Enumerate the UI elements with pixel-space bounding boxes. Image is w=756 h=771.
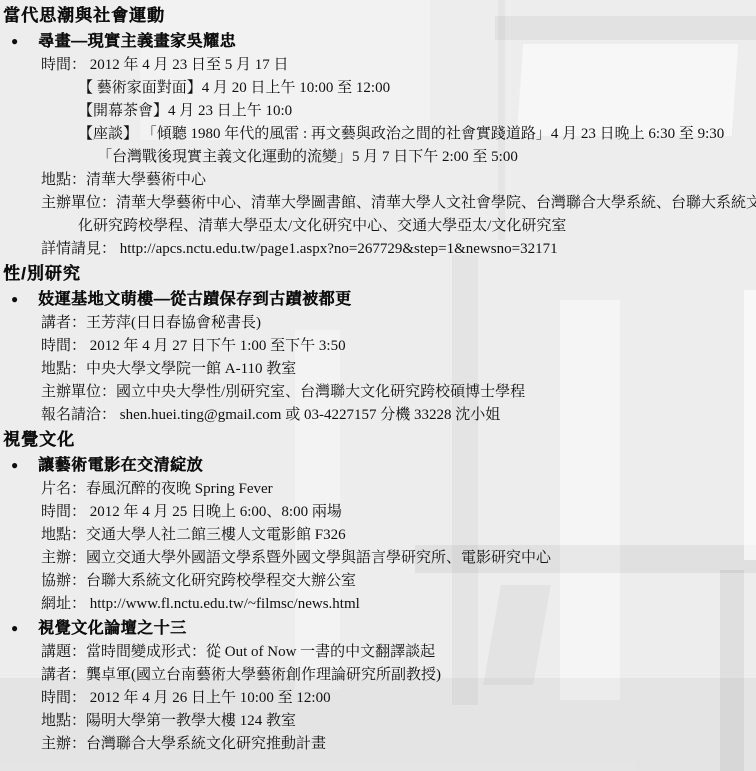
bullet-icon: ● — [3, 453, 38, 477]
event-detail-line: 講者：龔卓軍(國立台南藝術大學藝術創作理論研究所副教授) — [41, 664, 756, 687]
event-title-row: ●尋畫—現實主義畫家吳耀忠 — [3, 29, 756, 54]
event-detail-line: 時間： 2012 年 4 月 27 日下午 1:00 至下午 3:50 — [41, 335, 756, 358]
event-title: 妓運基地文萌樓—從古蹟保存到古蹟被都更 — [38, 291, 352, 308]
bullet-icon: ● — [3, 287, 38, 311]
event-detail-line: 地點：清華大學藝術中心 — [41, 169, 756, 192]
event-detail-line: 時間： 2012 年 4 月 23 日至 5 月 17 日 — [41, 54, 756, 77]
event-title-row: ●妓運基地文萌樓—從古蹟保存到古蹟被都更 — [3, 287, 756, 312]
event-detail-line: 主辦：國立交通大學外國語文學系暨外國文學與語言學研究所、電影研究中心 — [41, 547, 756, 570]
event-detail-line: 片名：春風沉醉的夜晚 Spring Fever — [41, 478, 756, 501]
section: 視覺文化●讓藝術電影在交清綻放片名：春風沉醉的夜晚 Spring Fever時間… — [3, 427, 756, 756]
event-detail-line: 地點：陽明大學第一教學大樓 124 教室 — [41, 710, 756, 733]
event-title-row: ●視覺文化論壇之十三 — [3, 616, 756, 641]
section-title: 當代思潮與社會運動 — [3, 3, 756, 29]
event-detail-line: 時間： 2012 年 4 月 25 日晚上 6:00、8:00 兩場 — [41, 501, 756, 524]
event-detail-line: 主辦單位：清華大學藝術中心、清華大學圖書館、清華大學人文社會學院、台灣聯合大學系… — [41, 192, 756, 215]
event-title: 尋畫—現實主義畫家吳耀忠 — [38, 33, 236, 50]
bullet-icon: ● — [3, 29, 38, 53]
event-detail-line: 主辦：台灣聯合大學系統文化研究推動計畫 — [41, 733, 756, 756]
event-detail-link-line[interactable]: 詳情請見： http://apcs.nctu.edu.tw/page1.aspx… — [41, 238, 756, 261]
event-detail-line: 講題：當時間變成形式：從 Out of Now 一書的中文翻譯談起 — [41, 641, 756, 664]
event-detail-link-line[interactable]: 報名請洽： shen.huei.ting@gmail.com 或 03-4227… — [41, 404, 756, 427]
event-detail-line: 化研究跨校學程、清華大學亞太/文化研究中心、交通大學亞太/文化研究室 — [78, 215, 756, 238]
event-detail-line: 時間： 2012 年 4 月 26 日上午 10:00 至 12:00 — [41, 687, 756, 710]
section: 性/別研究●妓運基地文萌樓—從古蹟保存到古蹟被都更講者：王芳萍(日日春協會秘書長… — [3, 261, 756, 427]
section-title: 視覺文化 — [3, 427, 756, 453]
event-detail-line: 「台灣戰後現實主義文化運動的流變」5 月 7 日下午 2:00 至 5:00 — [97, 146, 756, 169]
event-detail-line: 講者：王芳萍(日日春協會秘書長) — [41, 312, 756, 335]
event-detail-line: 【 藝術家面對面】4 月 20 日上午 10:00 至 12:00 — [78, 77, 756, 100]
bullet-icon: ● — [3, 616, 38, 640]
event-title: 讓藝術電影在交清綻放 — [38, 457, 203, 474]
newsletter-document: 當代思潮與社會運動●尋畫—現實主義畫家吳耀忠時間： 2012 年 4 月 23 … — [0, 0, 756, 756]
event-detail-line: 主辦單位：國立中央大學性/別研究室、台灣聯大文化研究跨校碩博士學程 — [41, 381, 756, 404]
event-detail-line: 協辦：台聯大系統文化研究跨校學程交大辦公室 — [41, 570, 756, 593]
event-detail-line: 地點：交通大學人社二館三樓人文電影館 F326 — [41, 524, 756, 547]
event-detail-link-line[interactable]: 網址： http://www.fl.nctu.edu.tw/~filmsc/ne… — [41, 593, 756, 616]
event-detail-line: 【開幕茶會】4 月 23 日上午 10:0 — [78, 100, 756, 123]
section: 當代思潮與社會運動●尋畫—現實主義畫家吳耀忠時間： 2012 年 4 月 23 … — [3, 3, 756, 261]
event-title: 視覺文化論壇之十三 — [38, 620, 187, 637]
event-detail-line: 【座談】 「傾聽 1980 年代的風雷 : 再文藝與政治之間的社會實踐道路」4 … — [78, 123, 756, 146]
event-title-row: ●讓藝術電影在交清綻放 — [3, 453, 756, 478]
section-title: 性/別研究 — [3, 261, 756, 287]
event-detail-line: 地點：中央大學文學院一館 A-110 教室 — [41, 358, 756, 381]
